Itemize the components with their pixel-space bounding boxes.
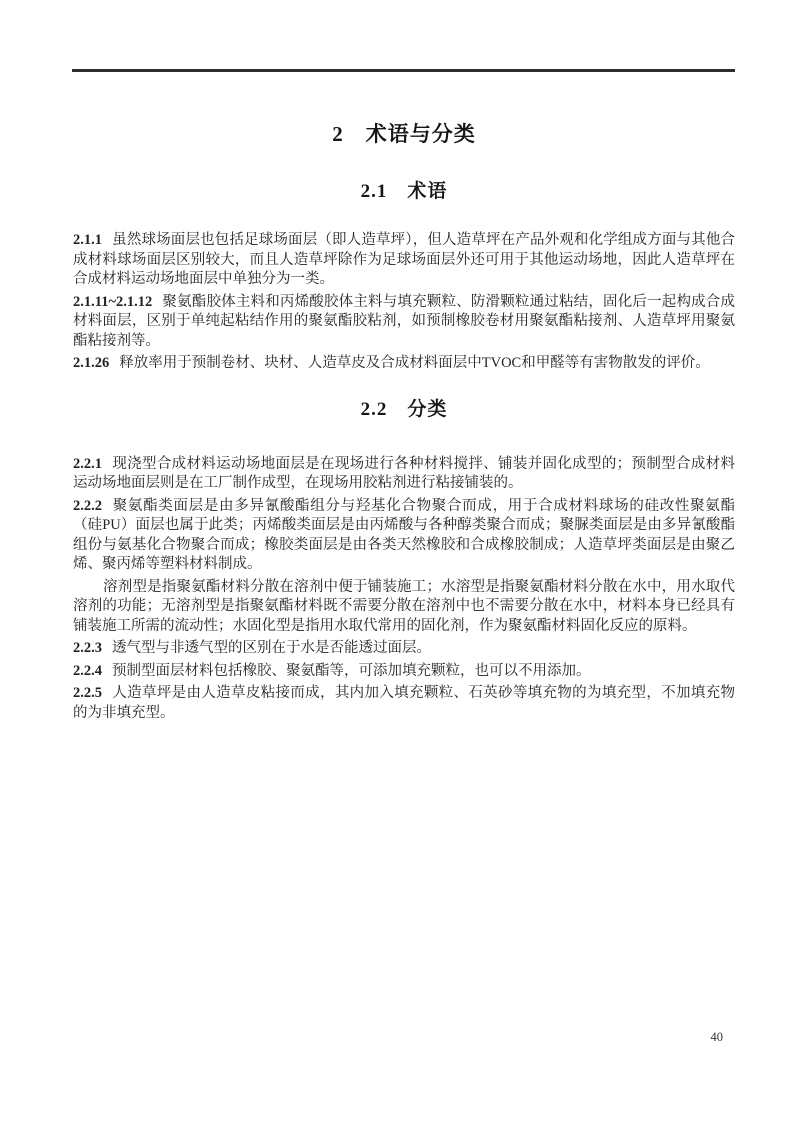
clause-number: 2.2.2 xyxy=(73,498,102,514)
clause-number: 2.2.1 xyxy=(73,456,102,472)
clause-paragraph: 2.1.26释放率用于预制卷材、块材、人造草皮及合成材料面层中TVOC和甲醛等有… xyxy=(73,354,735,374)
clause-text: 溶剂型是指聚氨酯材料分散在溶剂中便于铺装施工；水溶型是指聚氨酯材料分散在水中，用… xyxy=(73,579,735,634)
clause-paragraph: 2.2.2聚氨酯类面层是由多异氰酸酯组分与羟基化合物聚合而成，用于合成材料球场的… xyxy=(73,497,735,575)
clause-number: 2.2.5 xyxy=(73,685,102,701)
clause-paragraph: 2.2.4预制型面层材料包括橡胶、聚氨酯等，可添加填充颗粒，也可以不用添加。 xyxy=(73,662,735,682)
clause-paragraph: 2.2.3透气型与非透气型的区别在于水是否能透过面层。 xyxy=(73,639,735,659)
clause-text: 聚氨酯胶体主料和丙烯酸胶体主料与填充颗粒、防滑颗粒通过粘结，固化后一起构成合成材… xyxy=(73,294,735,349)
chapter-title: 2 术语与分类 xyxy=(73,0,735,147)
clause-text: 现浇型合成材料运动场地面层是在现场进行各种材料搅拌、铺装并固化成型的；预制型合成… xyxy=(73,456,735,492)
clause-text: 透气型与非透气型的区别在于水是否能透过面层。 xyxy=(112,640,431,656)
section-body-classification: 2.2.1现浇型合成材料运动场地面层是在现场进行各种材料搅拌、铺装并固化成型的；… xyxy=(73,455,735,724)
clause-text: 预制型面层材料包括橡胶、聚氨酯等，可添加填充颗粒，也可以不用添加。 xyxy=(112,663,591,679)
clause-number: 2.2.3 xyxy=(73,640,102,656)
clause-text: 释放率用于预制卷材、块材、人造草皮及合成材料面层中TVOC和甲醛等有害物散发的评… xyxy=(119,355,709,371)
page-number: 40 xyxy=(711,1030,724,1045)
clause-text: 虽然球场面层也包括足球场面层（即人造草坪），但人造草坪在产品外观和化学组成方面与… xyxy=(73,232,735,287)
document-page: 2 术语与分类 2.1 术语 2.1.1虽然球场面层也包括足球场面层（即人造草坪… xyxy=(0,0,800,1131)
clause-number: 2.1.1 xyxy=(73,232,102,248)
clause-number: 2.2.4 xyxy=(73,663,102,679)
clause-text: 人造草坪是由人造草皮粘接而成，其内加入填充颗粒、石英砂等填充物的为填充型，不加填… xyxy=(73,685,735,721)
clause-number: 2.1.11~2.1.12 xyxy=(73,294,152,310)
clause-paragraph: 2.1.1虽然球场面层也包括足球场面层（即人造草坪），但人造草坪在产品外观和化学… xyxy=(73,231,735,290)
clause-paragraph: 2.2.5人造草坪是由人造草皮粘接而成，其内加入填充颗粒、石英砂等填充物的为填充… xyxy=(73,684,735,723)
page-content: 2 术语与分类 2.1 术语 2.1.1虽然球场面层也包括足球场面层（即人造草坪… xyxy=(73,0,735,723)
section-heading-classification: 2.2 分类 xyxy=(73,374,735,422)
clause-paragraph-unnumbered: 溶剂型是指聚氨酯材料分散在溶剂中便于铺装施工；水溶型是指聚氨酯材料分散在水中，用… xyxy=(73,578,735,637)
clause-number: 2.1.26 xyxy=(73,355,109,371)
clause-paragraph: 2.2.1现浇型合成材料运动场地面层是在现场进行各种材料搅拌、铺装并固化成型的；… xyxy=(73,455,735,494)
section-body-terms: 2.1.1虽然球场面层也包括足球场面层（即人造草坪），但人造草坪在产品外观和化学… xyxy=(73,231,735,374)
section-heading-terms: 2.1 术语 xyxy=(73,147,735,204)
clause-paragraph: 2.1.11~2.1.12聚氨酯胶体主料和丙烯酸胶体主料与填充颗粒、防滑颗粒通过… xyxy=(73,293,735,352)
clause-text: 聚氨酯类面层是由多异氰酸酯组分与羟基化合物聚合而成，用于合成材料球场的硅改性聚氨… xyxy=(73,498,735,573)
